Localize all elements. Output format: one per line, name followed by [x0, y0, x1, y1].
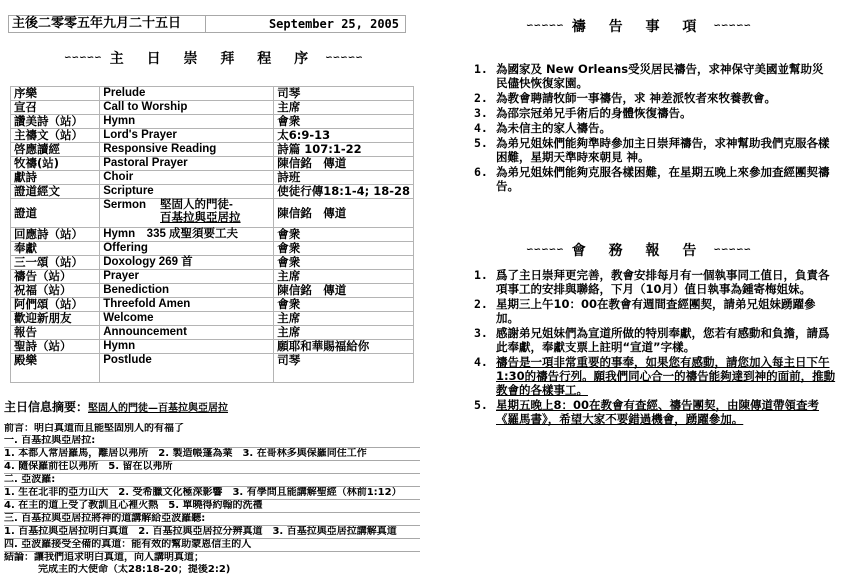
program-row: 三一頌（站）Doxology 269 首會衆	[11, 256, 414, 270]
sermon-title-line: 百基拉與亞居拉	[160, 212, 241, 225]
program-item: 宣召	[11, 101, 100, 115]
outline-line: 三. 百基拉與亞居拉將神的道講解給亞波羅聽:	[4, 513, 420, 526]
list-item: 1.爲了主日崇拜更完善，教會安排每月有一個執事同工值日，負責各項事工的安排與聯絡…	[474, 268, 836, 296]
item-text: 感謝弟兄姐妹們為宣道所做的特別奉獻，您若有感動和負擔，請爲此奉獻，奉獻支票上註明…	[496, 326, 836, 354]
outline-line: 4. 在主的道上受了教訓且心裡火熱 5. 單曉得約翰的洗禮	[4, 500, 420, 513]
program-item: 殿樂	[11, 354, 100, 383]
program-row: 祝福（站）Benediction陳信銘 傳道	[11, 284, 414, 298]
program-english: Prayer	[100, 270, 274, 284]
sermon-outline: 前言：明白真道而且能堅固別人的有福了一. 百基拉與亞居拉:1. 本都人常居羅馬，…	[4, 423, 420, 576]
ornament-wave-icon: ∽∽∽∽∽	[713, 21, 751, 31]
program-english: Pastoral Prayer	[100, 157, 274, 171]
news-heading: ∽∽∽∽∽ 會 務 報 告 ∽∽∽∽∽	[518, 240, 759, 260]
program-english: Welcome	[100, 312, 274, 326]
english-date: September 25, 2005	[206, 16, 405, 32]
prayer-heading: ∽∽∽∽∽ 禱 告 事 項 ∽∽∽∽∽	[518, 16, 759, 36]
program-item: 主禱文（站）	[11, 129, 100, 143]
chinese-date: 主後二零零五年九月二十五日	[9, 16, 206, 32]
program-leader: 司琴	[274, 87, 414, 101]
program-row: 歡迎新朋友Welcome主席	[11, 312, 414, 326]
program-row: 禱告（站）Prayer主席	[11, 270, 414, 284]
program-item: 歡迎新朋友	[11, 312, 100, 326]
program-leader: 司琴	[274, 354, 414, 383]
program-leader: 會衆	[274, 115, 414, 129]
program-english: Offering	[100, 242, 274, 256]
program-item: 報告	[11, 326, 100, 340]
program-row: 聖詩（站）Hymn願耶和華賜福給你	[11, 340, 414, 354]
program-row: 回應詩（站）Hymn 335 成聖須要工夫會衆	[11, 228, 414, 242]
program-leader: 會衆	[274, 256, 414, 270]
list-item: 2.星期三上午10：00在教會有週間查經團契，請弟兄姐妹踴躍參加。	[474, 297, 836, 325]
program-item: 祝福（站）	[11, 284, 100, 298]
item-number: 2.	[474, 297, 496, 325]
program-item: 牧禱(站)	[11, 157, 100, 171]
outline-line: 一. 百基拉與亞居拉:	[4, 435, 420, 448]
program-item: 三一頌（站）	[11, 256, 100, 270]
outline-line: 二. 亞波羅:	[4, 474, 420, 487]
date-bar: 主後二零零五年九月二十五日 September 25, 2005	[8, 15, 406, 33]
sermon-summary-label: 主日信息摘要：	[4, 400, 88, 414]
program-leader: 陳信銘 傳道	[274, 199, 414, 228]
outline-line: 結論：讓我們追求明白真道，向人講明真道；	[4, 552, 420, 564]
list-item: 3.感謝弟兄姐妹們為宣道所做的特別奉獻，您若有感動和負擔，請爲此奉獻，奉獻支票上…	[474, 326, 836, 354]
program-item: 聖詩（站）	[11, 340, 100, 354]
outline-line: 前言：明白真道而且能堅固別人的有福了	[4, 423, 420, 435]
program-row: 奉獻Offering會衆	[11, 242, 414, 256]
program-english: Benediction	[100, 284, 274, 298]
program-item: 證道	[11, 199, 100, 228]
program-english: Choir	[100, 171, 274, 185]
program-leader: 主席	[274, 270, 414, 284]
item-text: 星期五晚上8：00在教會有查經、禱告團契，由陳傳道帶領查考《羅馬書》，希望大家不…	[496, 398, 836, 426]
worship-program-table: 序樂Prelude司琴宣召Call to Worship主席讚美詩（站）Hymn…	[10, 86, 414, 383]
program-item: 證道經文	[11, 185, 100, 199]
program-row: 主禱文（站）Lord's Prayer太6:9-13	[11, 129, 414, 143]
outline-line: 完成主的大使命（太28:18-20；提後2:2)	[4, 564, 420, 576]
program-english: Doxology 269 首	[100, 256, 274, 270]
program-row: 讚美詩（站）Hymn會衆	[11, 115, 414, 129]
item-number: 5.	[474, 398, 496, 426]
outline-line: 四. 亞波羅接受全備的真道：能有效的幫助蒙恩信主的人	[4, 539, 420, 552]
program-item: 獻詩	[11, 171, 100, 185]
ornament-wave-icon: ∽∽∽∽∽	[526, 21, 564, 31]
outline-line: 1. 生在北非的亞力山大 2. 受希臘文化極深影響 3. 有學問且能講解聖經（林…	[4, 487, 420, 500]
program-item: 奉獻	[11, 242, 100, 256]
prayer-title: 禱 告 事 項	[572, 16, 706, 36]
sermon-summary: 主日信息摘要：堅固人的門徒—百基拉與亞居拉	[4, 398, 228, 415]
item-text: 為弟兄姐妹們能夠準時參加主日崇拜禱告，求神幫助我們克服各樣困難，星期天準時來朝見…	[496, 136, 834, 164]
item-text: 爲了主日崇拜更完善，教會安排每月有一個執事同工值日，負責各項事工的安排與聯絡，下…	[496, 268, 836, 296]
program-leader: 主席	[274, 312, 414, 326]
program-leader: 詩班	[274, 171, 414, 185]
program-item: 讚美詩（站）	[11, 115, 100, 129]
list-item: 5.星期五晚上8：00在教會有查經、禱告團契，由陳傳道帶領查考《羅馬書》，希望大…	[474, 398, 836, 426]
program-leader: 會衆	[274, 242, 414, 256]
program-english: Call to Worship	[100, 101, 274, 115]
program-row: 序樂Prelude司琴	[11, 87, 414, 101]
sermon-title-line: 堅固人的門徒-	[160, 199, 241, 212]
worship-heading: ∽∽∽∽∽ 主 日 崇 拜 程 序 ∽∽∽∽∽	[56, 48, 371, 68]
program-item: 序樂	[11, 87, 100, 101]
list-item: 4.為未信主的家人禱告。	[474, 121, 834, 135]
item-number: 2.	[474, 91, 496, 105]
program-leader: 主席	[274, 101, 414, 115]
item-text: 禱告是一項非常重要的事奉，如果您有感動，請您加入每主日下午1:30的禱告行列。願…	[496, 355, 836, 397]
program-english: Hymn	[100, 340, 274, 354]
item-text: 為邵宗冠弟兄手術后的身體恢復禱告。	[496, 106, 834, 120]
item-number: 4.	[474, 121, 496, 135]
worship-title: 主 日 崇 拜 程 序	[110, 48, 317, 68]
outline-line: 4. 隨保羅前往以弗所 5. 留在以弗所	[4, 461, 420, 474]
program-row: 牧禱(站)Pastoral Prayer陳信銘 傳道	[11, 157, 414, 171]
program-leader: 陳信銘 傳道	[274, 157, 414, 171]
item-number: 6.	[474, 165, 496, 193]
list-item: 1.為國家及 New Orleans受災居民禱告，求神保守美國並幫助災民儘快恢復…	[474, 62, 834, 90]
list-item: 4.禱告是一項非常重要的事奉，如果您有感動，請您加入每主日下午1:30的禱告行列…	[474, 355, 836, 397]
program-leader: 主席	[274, 326, 414, 340]
item-text: 星期三上午10：00在教會有週間查經團契，請弟兄姐妹踴躍參加。	[496, 297, 836, 325]
item-number: 3.	[474, 106, 496, 120]
ornament-wave-icon: ∽∽∽∽∽	[325, 53, 363, 63]
item-text: 為國家及 New Orleans受災居民禱告，求神保守美國並幫助災民儘快恢復家園…	[496, 62, 834, 90]
program-item: 回應詩（站）	[11, 228, 100, 242]
item-number: 3.	[474, 326, 496, 354]
program-leader: 會衆	[274, 228, 414, 242]
program-english-label: Sermon	[103, 199, 146, 211]
program-leader: 使徒行傳18:1-4; 18-28	[274, 185, 414, 199]
program-row: 證道經文Scripture使徒行傳18:1-4; 18-28	[11, 185, 414, 199]
program-item: 禱告（站）	[11, 270, 100, 284]
program-english: Scripture	[100, 185, 274, 199]
list-item: 3.為邵宗冠弟兄手術后的身體恢復禱告。	[474, 106, 834, 120]
news-list: 1.爲了主日崇拜更完善，教會安排每月有一個執事同工值日，負責各項事工的安排與聯絡…	[474, 268, 836, 427]
list-item: 5.為弟兄姐妹們能夠準時參加主日崇拜禱告，求神幫助我們克服各樣困難，星期天準時來…	[474, 136, 834, 164]
program-item: 阿們頌（站）	[11, 298, 100, 312]
program-row: 宣召Call to Worship主席	[11, 101, 414, 115]
ornament-wave-icon: ∽∽∽∽∽	[713, 245, 751, 255]
outline-line: 1. 百基拉與亞居拉明白真道 2. 百基拉與亞居拉分辨真道 3. 百基拉與亞居拉…	[4, 526, 420, 539]
program-english: Announcement	[100, 326, 274, 340]
list-item: 2.為教會聘請牧師一事禱告，求 神差派牧者來牧養教會。	[474, 91, 834, 105]
program-leader: 會衆	[274, 298, 414, 312]
ornament-wave-icon: ∽∽∽∽∽	[64, 53, 102, 63]
program-leader: 陳信銘 傳道	[274, 284, 414, 298]
item-number: 4.	[474, 355, 496, 397]
list-item: 6.為弟兄姐妹們能夠克服各樣困難，在星期五晚上來參加查經團契禱告。	[474, 165, 834, 193]
item-number: 5.	[474, 136, 496, 164]
item-number: 1.	[474, 268, 496, 296]
program-leader: 願耶和華賜福給你	[274, 340, 414, 354]
outline-line: 1. 本都人常居羅馬，離居以弗所 2. 製造帳篷為業 3. 在哥林多與保羅同住工…	[4, 448, 420, 461]
item-text: 為弟兄姐妹們能夠克服各樣困難，在星期五晚上來參加查經團契禱告。	[496, 165, 834, 193]
program-english: Hymn	[100, 115, 274, 129]
sermon-summary-title: 堅固人的門徒—百基拉與亞居拉	[88, 403, 228, 414]
program-leader: 詩篇 107:1-22	[274, 143, 414, 157]
program-english: Lord's Prayer	[100, 129, 274, 143]
program-english: Hymn 335 成聖須要工夫	[100, 228, 274, 242]
program-row: 獻詩Choir詩班	[11, 171, 414, 185]
item-number: 1.	[474, 62, 496, 90]
program-row: 殿樂Postlude司琴	[11, 354, 414, 383]
program-english: Sermon堅固人的門徒-百基拉與亞居拉	[100, 199, 274, 228]
prayer-list: 1.為國家及 New Orleans受災居民禱告，求神保守美國並幫助災民儘快恢復…	[474, 62, 834, 194]
item-text: 為教會聘請牧師一事禱告，求 神差派牧者來牧養教會。	[496, 91, 834, 105]
program-english: Threefold Amen	[100, 298, 274, 312]
program-english: Prelude	[100, 87, 274, 101]
program-english: Postlude	[100, 354, 274, 383]
program-english: Responsive Reading	[100, 143, 274, 157]
news-title: 會 務 報 告	[572, 240, 706, 260]
program-row: 證道Sermon堅固人的門徒-百基拉與亞居拉陳信銘 傳道	[11, 199, 414, 228]
program-item: 啓應讀經	[11, 143, 100, 157]
program-row: 報告Announcement主席	[11, 326, 414, 340]
ornament-wave-icon: ∽∽∽∽∽	[526, 245, 564, 255]
program-row: 啓應讀經Responsive Reading詩篇 107:1-22	[11, 143, 414, 157]
item-text: 為未信主的家人禱告。	[496, 121, 834, 135]
program-row: 阿們頌（站）Threefold Amen會衆	[11, 298, 414, 312]
sermon-title: 堅固人的門徒-百基拉與亞居拉	[160, 199, 241, 225]
program-leader: 太6:9-13	[274, 129, 414, 143]
